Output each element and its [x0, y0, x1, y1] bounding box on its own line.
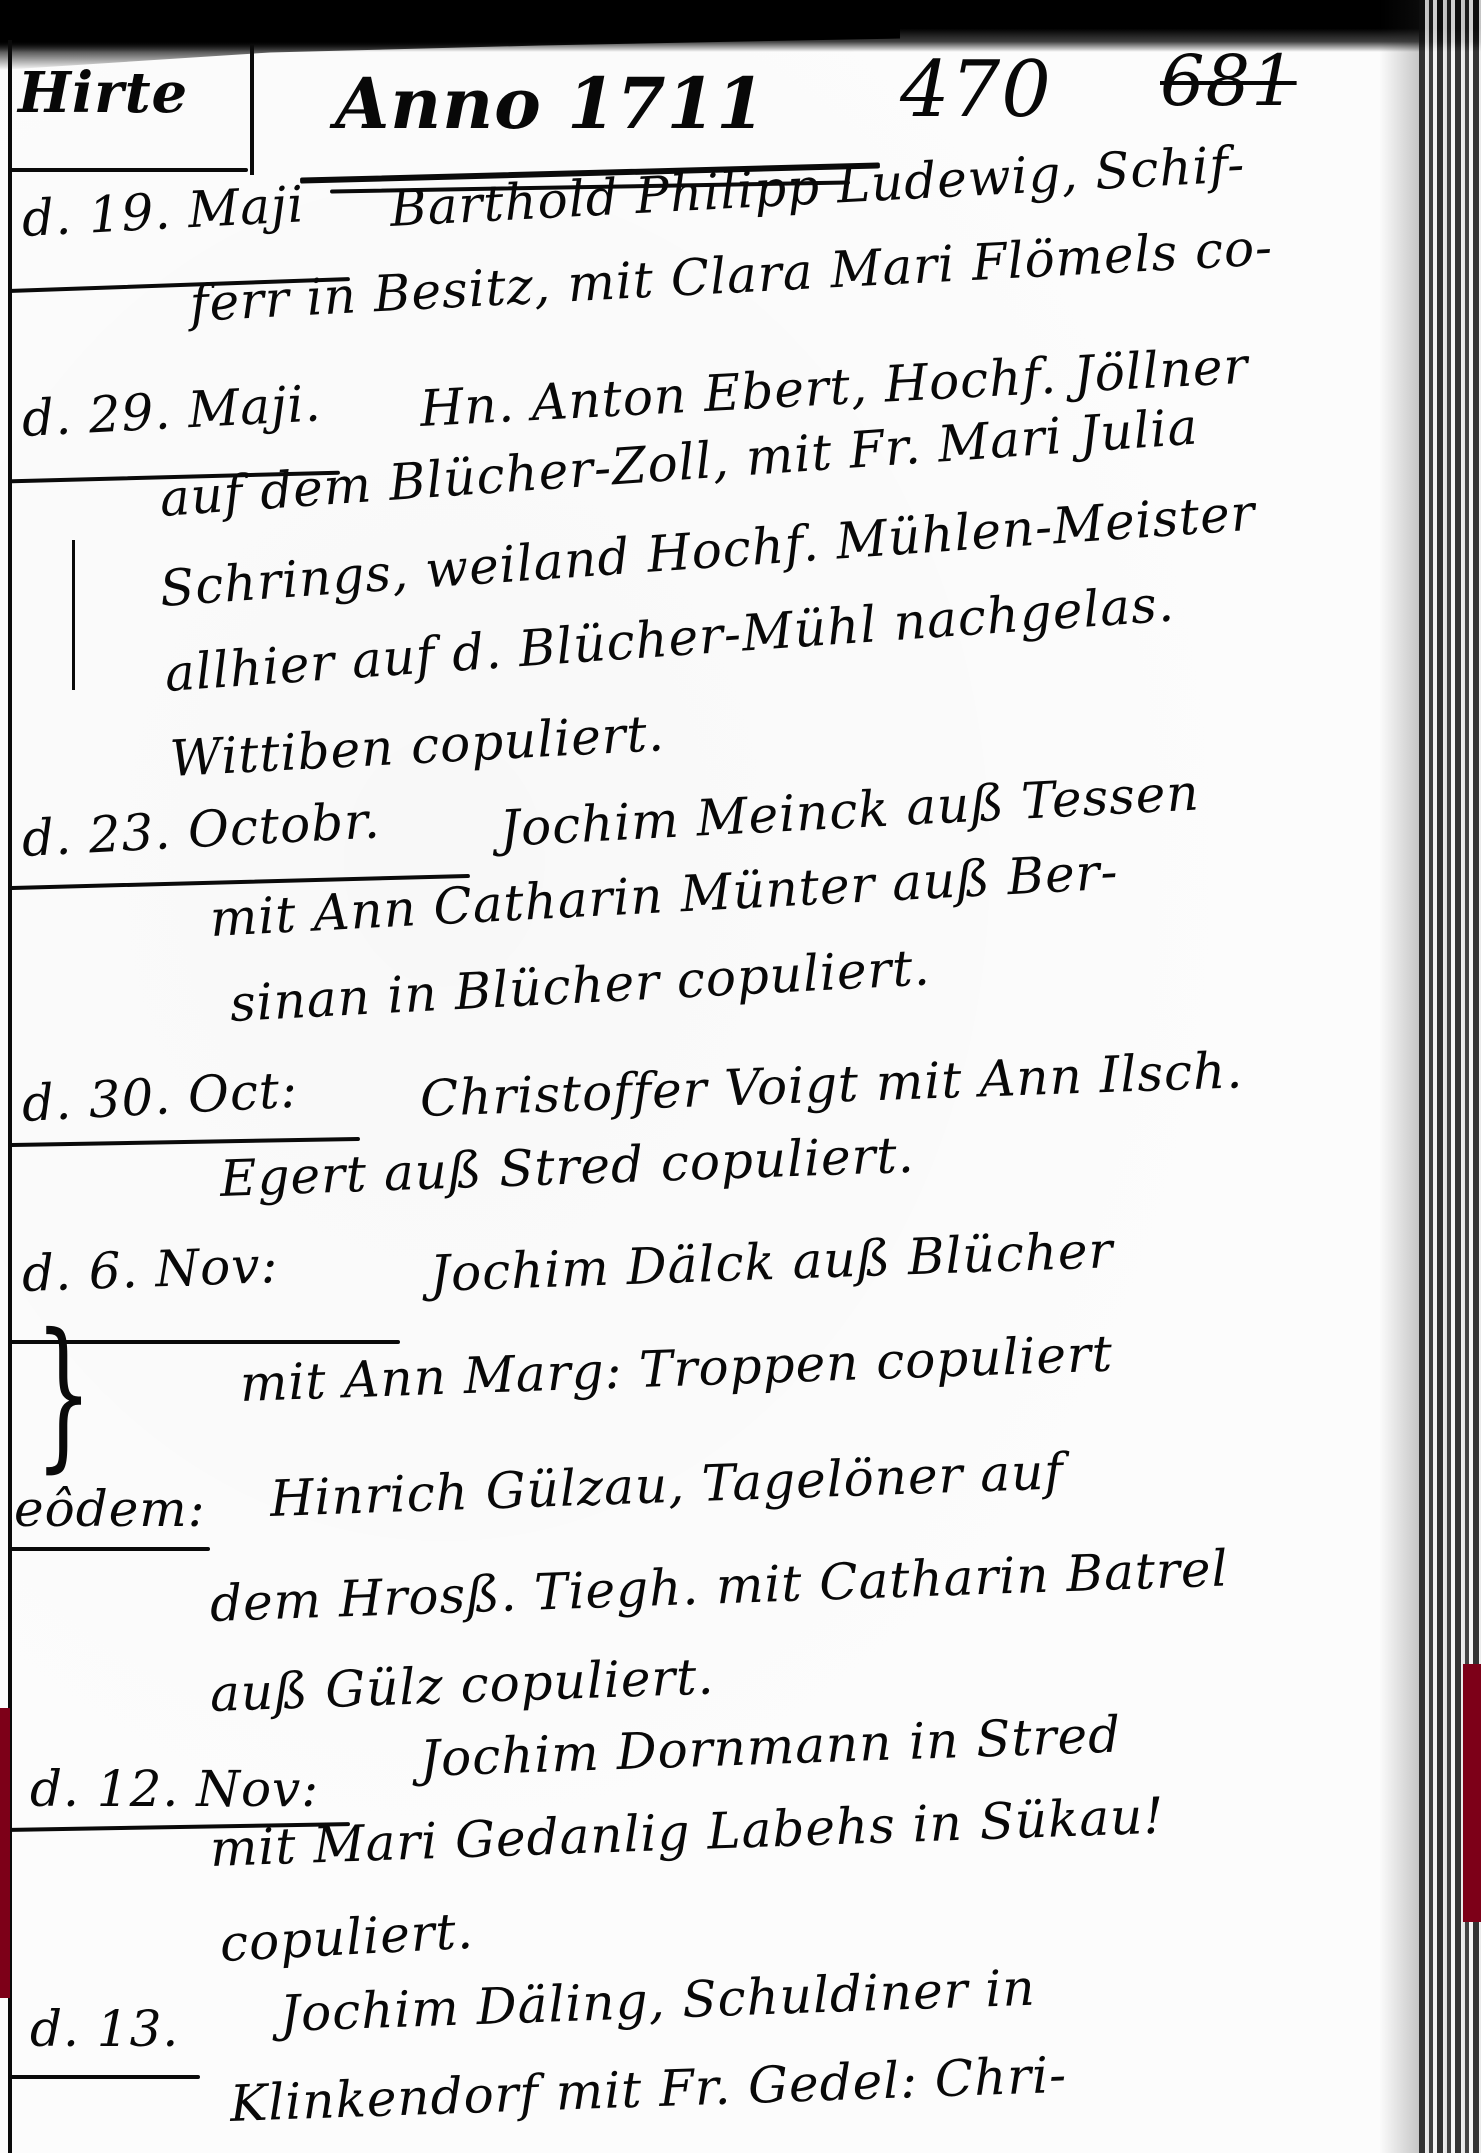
left-red-bar	[0, 1708, 10, 1998]
entry-date: d. 29. Maji.	[20, 374, 322, 448]
entry-date: d. 12. Nov:	[30, 1760, 319, 1818]
register-page: Hirte Anno 1711 470 681 d. 19. Maji Bart…	[0, 0, 1481, 2153]
entry-line: Wittiben copuliert.	[168, 704, 666, 788]
entry-date: d. 23. Octobr.	[20, 791, 381, 868]
entry-line: sinan in Blücher copuliert.	[228, 938, 931, 1033]
entry-date: d. 19. Maji	[20, 175, 305, 248]
entry-line: Jochim Dälck auß Blücher	[429, 1221, 1114, 1303]
entry-date: d. 30. Oct:	[20, 1061, 299, 1133]
header-divider	[250, 45, 254, 175]
old-page-number: 681	[1160, 40, 1297, 122]
entry-line: mit Ann Marg: Troppen copuliert	[239, 1325, 1114, 1413]
entry-line: Barthold Philipp Ludewig, Schif-	[388, 135, 1246, 238]
page-title: Anno 1711	[335, 62, 766, 145]
entry-line: copuliert.	[218, 1902, 474, 1973]
entry-line: Jochim Däling, Schuldiner in	[279, 1959, 1037, 2043]
entry-line: ferr in Besitz, mit Clara Mari Flömels c…	[188, 218, 1274, 333]
column-label: Hirte	[18, 60, 188, 126]
entry-line: mit Ann Catharin Münter auß Ber-	[208, 842, 1119, 948]
entry-line: Klinkendorf mit Fr. Gedel: Chri-	[229, 2046, 1068, 2133]
date-underline	[10, 2075, 200, 2079]
entry-line: mit Mari Gedanlig Labehs in Sükau!	[209, 1787, 1165, 1878]
entry-line: auß Gülz copuliert.	[209, 1647, 715, 1723]
binding-shadow	[1379, 0, 1419, 2153]
entry-line: Jochim Dornmann in Stred	[419, 1706, 1122, 1788]
entry-line: dem Hrosß. Tiegh. mit Catharin Batrel	[209, 1539, 1229, 1633]
entry-brace-icon: }	[35, 1314, 92, 1476]
page-number: 470	[900, 45, 1052, 135]
date-underline	[10, 1547, 210, 1551]
date-underline	[10, 1137, 360, 1147]
entry-date: eôdem:	[14, 1480, 206, 1538]
entry-date: d. 13.	[30, 2000, 179, 2058]
right-red-bar	[1463, 1664, 1481, 1922]
entry-line: Christoffer Voigt mit Ann Ilsch.	[419, 1041, 1244, 1128]
margin-mark	[72, 540, 75, 690]
entry-line: Hinrich Gülzau, Tagelöner auf	[269, 1442, 1065, 1528]
header-label-underline	[10, 168, 248, 172]
entry-date: d. 6. Nov:	[21, 1236, 279, 1303]
